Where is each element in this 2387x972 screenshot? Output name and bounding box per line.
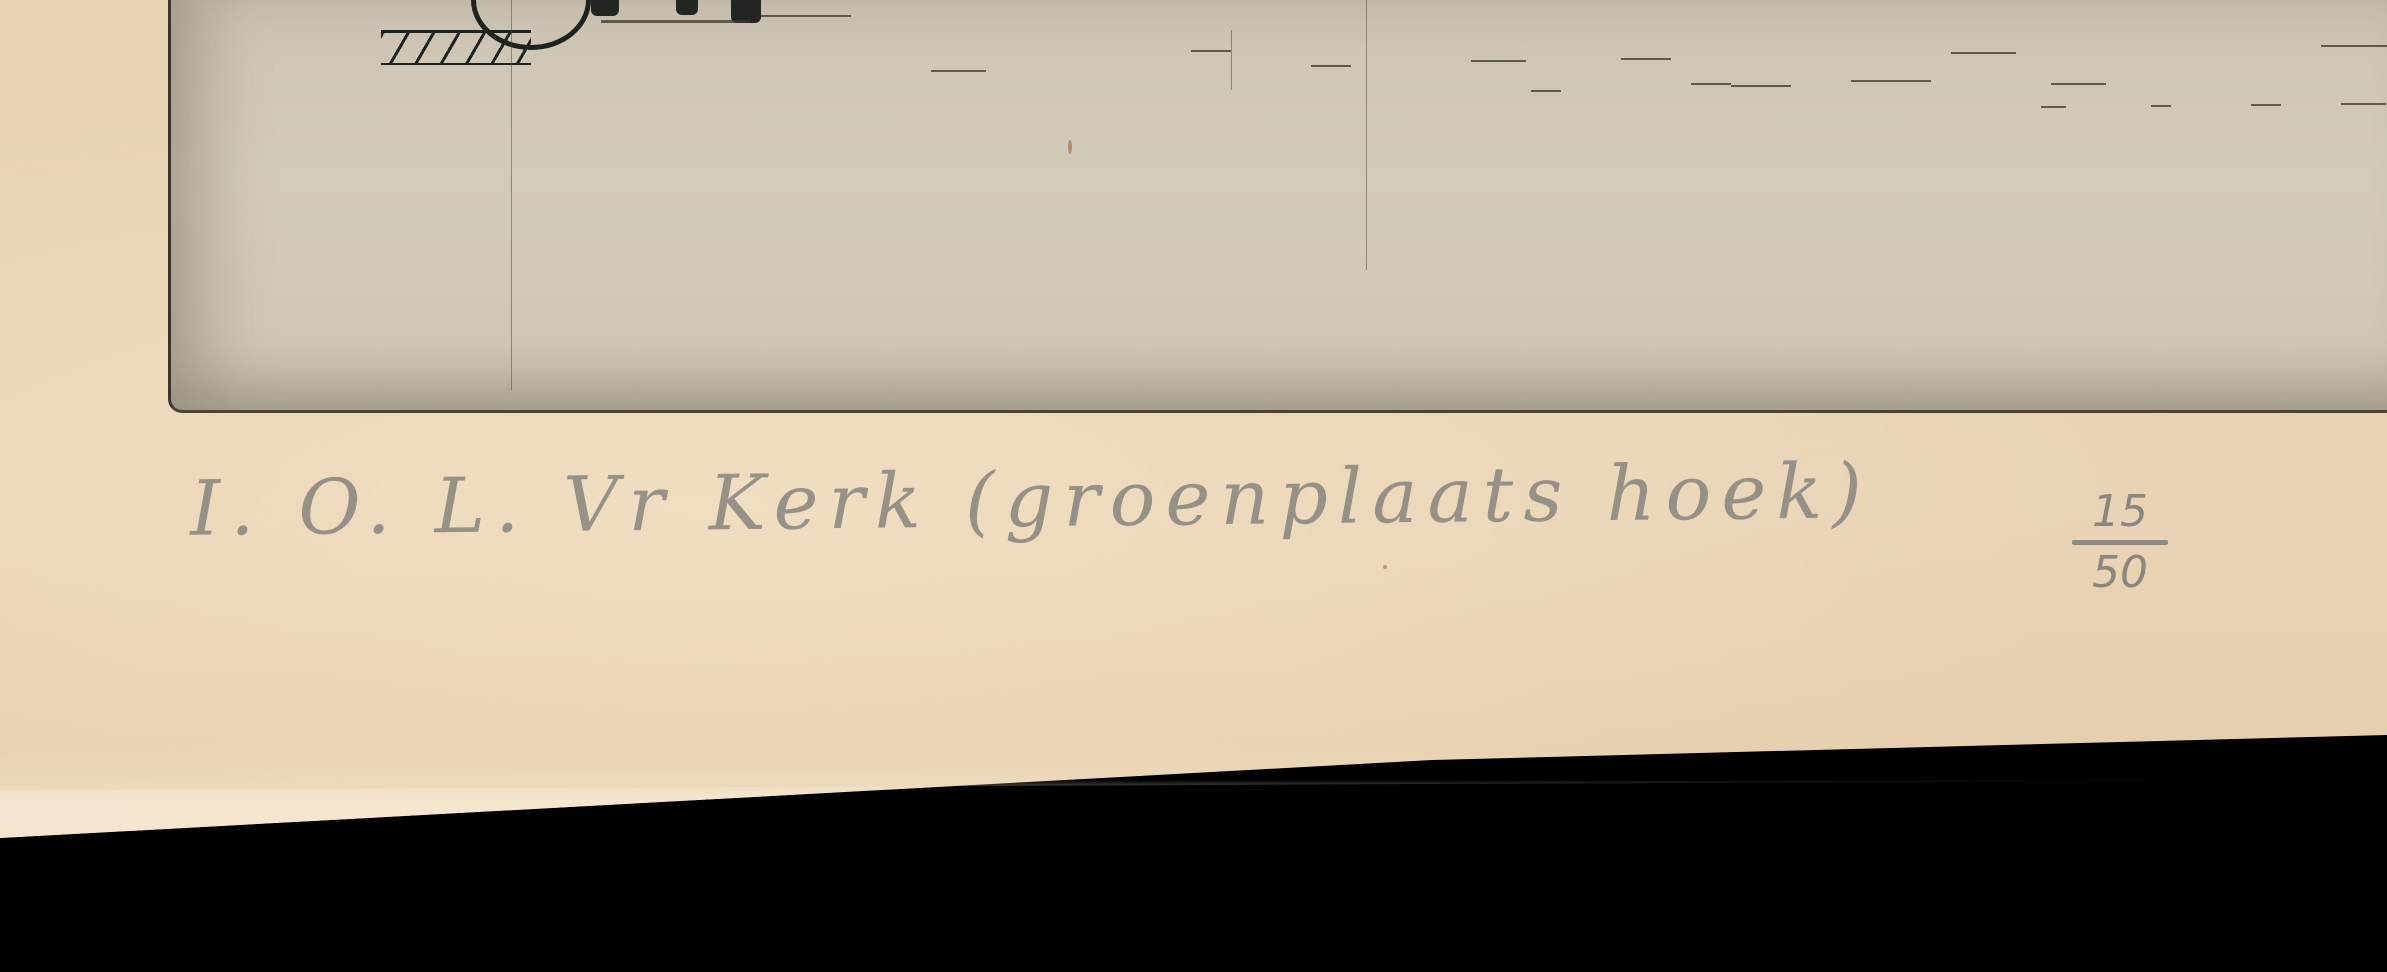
etched-stroke: [761, 15, 851, 17]
edition-numerator: 15: [2070, 488, 2170, 536]
etched-stroke: [2251, 104, 2281, 106]
etched-stroke: [2041, 106, 2066, 108]
foxing-spot: [1383, 565, 1387, 569]
etched-stroke: [2151, 105, 2171, 107]
etched-vertical-line: [1366, 0, 1367, 270]
etched-stroke: [1471, 60, 1526, 62]
etched-stroke: [1731, 85, 1791, 87]
etched-stroke: [1951, 52, 2016, 54]
etched-stroke: [1191, 50, 1231, 52]
etched-stroke: [1691, 83, 1731, 85]
etched-vertical-line: [511, 0, 512, 390]
etched-figure: [676, 0, 698, 15]
etching-plate-area: [168, 0, 2387, 413]
etched-stroke: [601, 20, 751, 23]
edition-denominator: 50: [2070, 549, 2170, 597]
etched-vertical-line: [1231, 30, 1232, 90]
etched-stroke: [1311, 65, 1351, 67]
etched-stroke: [1621, 58, 1671, 60]
etched-figure: [591, 0, 619, 16]
etched-stroke: [2321, 45, 2387, 47]
etched-stroke: [1531, 90, 1561, 92]
foxing-spot: [1068, 140, 1072, 154]
etched-stroke: [2341, 103, 2386, 105]
edition-fraction-bar: [2072, 540, 2168, 545]
etched-stroke: [2051, 83, 2106, 85]
etched-stroke: [931, 70, 986, 72]
pencil-inscription-title: I. O. L. Vr Kerk (groenplaats hoek): [190, 446, 1873, 553]
etched-stroke: [1851, 80, 1931, 82]
edition-number: 15 50: [2070, 488, 2170, 597]
